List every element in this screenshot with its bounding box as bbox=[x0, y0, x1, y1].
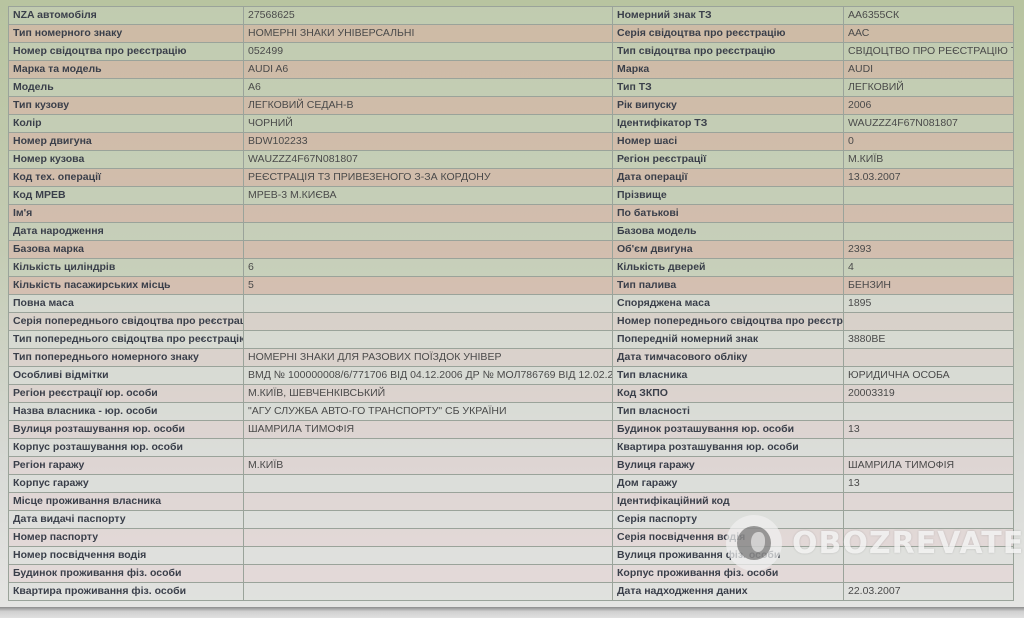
field-label: Номер двигуна bbox=[9, 133, 244, 151]
field-label: Дата операції bbox=[613, 169, 844, 187]
field-label: Номер шасі bbox=[613, 133, 844, 151]
field-label: Будинок проживання фіз. особи bbox=[9, 565, 244, 583]
field-value: НОМЕРНІ ЗНАКИ УНІВЕРСАЛЬНІ bbox=[244, 25, 613, 43]
field-value: ШАМРИЛА ТИМОФІЯ bbox=[244, 421, 613, 439]
table-row: NZA автомобіля27568625Номерний знак ТЗАА… bbox=[9, 7, 1014, 25]
field-label: Рік випуску bbox=[613, 97, 844, 115]
field-value bbox=[244, 565, 613, 583]
field-value: A6 bbox=[244, 79, 613, 97]
field-value: 6 bbox=[244, 259, 613, 277]
field-label: Тип номерного знаку bbox=[9, 25, 244, 43]
table-row: Тип попереднього свідоцтва про реєстраці… bbox=[9, 331, 1014, 349]
field-value: 20003319 bbox=[844, 385, 1014, 403]
field-value bbox=[244, 241, 613, 259]
field-value bbox=[244, 547, 613, 565]
table-row: КолірЧОРНИЙІдентифікатор ТЗWAUZZZ4F67N08… bbox=[9, 115, 1014, 133]
field-label: Номер попереднього свідоцтва про реєстра… bbox=[613, 313, 844, 331]
field-label: Базова марка bbox=[9, 241, 244, 259]
field-value bbox=[244, 313, 613, 331]
field-label: Колір bbox=[9, 115, 244, 133]
field-label: Код ЗКПО bbox=[613, 385, 844, 403]
globe-icon bbox=[737, 526, 771, 560]
field-value bbox=[244, 439, 613, 457]
field-value bbox=[844, 187, 1014, 205]
field-value bbox=[244, 295, 613, 313]
field-label: Дата тимчасового обліку bbox=[613, 349, 844, 367]
field-value: 13 bbox=[844, 421, 1014, 439]
field-label: Номерний знак ТЗ bbox=[613, 7, 844, 25]
field-label: Вулиця розташування юр. особи bbox=[9, 421, 244, 439]
field-label: Споряджена маса bbox=[613, 295, 844, 313]
field-value: 052499 bbox=[244, 43, 613, 61]
field-label: Ім'я bbox=[9, 205, 244, 223]
field-label: Код МРЕВ bbox=[9, 187, 244, 205]
field-label: Особливі відмітки bbox=[9, 367, 244, 385]
field-label: Кількість пасажирських місць bbox=[9, 277, 244, 295]
field-value: МРЕВ-3 М.КИЄВА bbox=[244, 187, 613, 205]
field-value: 0 bbox=[844, 133, 1014, 151]
field-value: ЧОРНИЙ bbox=[244, 115, 613, 133]
field-value bbox=[844, 493, 1014, 511]
field-label: Базова модель bbox=[613, 223, 844, 241]
field-label: Серія попереднього свідоцтва про реєстра… bbox=[9, 313, 244, 331]
field-label: Тип попереднього свідоцтва про реєстраці… bbox=[9, 331, 244, 349]
field-value: РЕЄСТРАЦІЯ ТЗ ПРИВЕЗЕНОГО З-ЗА КОРДОНУ bbox=[244, 169, 613, 187]
field-label: Номер свідоцтва про реєстрацію bbox=[9, 43, 244, 61]
field-value: 2393 bbox=[844, 241, 1014, 259]
field-label: Тип свідоцтва про реєстрацію bbox=[613, 43, 844, 61]
field-label: Номер посвідчення водія bbox=[9, 547, 244, 565]
field-value bbox=[844, 223, 1014, 241]
field-label: Тип попереднього номерного знаку bbox=[9, 349, 244, 367]
field-label: Корпус гаражу bbox=[9, 475, 244, 493]
field-label: NZA автомобіля bbox=[9, 7, 244, 25]
watermark-text: OBOZREVATEL bbox=[792, 526, 1024, 561]
field-label: Регіон гаражу bbox=[9, 457, 244, 475]
field-value: 1895 bbox=[844, 295, 1014, 313]
field-label: Ідентифікатор ТЗ bbox=[613, 115, 844, 133]
field-label: Тип палива bbox=[613, 277, 844, 295]
field-value: ЛЕГКОВИЙ СЕДАН-В bbox=[244, 97, 613, 115]
table-row: Назва власника - юр. особи"АГУ СЛУЖБА АВ… bbox=[9, 403, 1014, 421]
table-row: Місце проживання власникаІдентифікаційни… bbox=[9, 493, 1014, 511]
table-row: Кількість циліндрів6Кількість дверей4 bbox=[9, 259, 1014, 277]
field-value: 2006 bbox=[844, 97, 1014, 115]
field-value: 3880ВЕ bbox=[844, 331, 1014, 349]
field-label: По батькові bbox=[613, 205, 844, 223]
field-value bbox=[844, 313, 1014, 331]
field-value: WAUZZZ4F67N081807 bbox=[244, 151, 613, 169]
table-row: Тип кузовуЛЕГКОВИЙ СЕДАН-ВРік випуску200… bbox=[9, 97, 1014, 115]
field-value: СВІДОЦТВО ПРО РЕЄСТРАЦІЮ ТЗ bbox=[844, 43, 1014, 61]
field-label: Марка bbox=[613, 61, 844, 79]
table-row: Регіон реєстрації юр. особиМ.КИЇВ, ШЕВЧЕ… bbox=[9, 385, 1014, 403]
table-row: Корпус розташування юр. особиКвартира ро… bbox=[9, 439, 1014, 457]
field-label: Регіон реєстрації bbox=[613, 151, 844, 169]
field-value: М.КИЇВ bbox=[244, 457, 613, 475]
field-label: Модель bbox=[9, 79, 244, 97]
field-label: Тип кузову bbox=[9, 97, 244, 115]
field-value bbox=[844, 349, 1014, 367]
field-value bbox=[244, 493, 613, 511]
table-row: Серія попереднього свідоцтва про реєстра… bbox=[9, 313, 1014, 331]
field-value: М.КИЇВ bbox=[844, 151, 1014, 169]
table-row: Базова маркаОб'єм двигуна2393 bbox=[9, 241, 1014, 259]
field-label: Повна маса bbox=[9, 295, 244, 313]
field-value bbox=[244, 511, 613, 529]
field-label: Дата видачі паспорту bbox=[9, 511, 244, 529]
table-row: Дата народженняБазова модель bbox=[9, 223, 1014, 241]
field-value bbox=[244, 205, 613, 223]
field-value bbox=[244, 583, 613, 601]
field-value: ЛЕГКОВИЙ bbox=[844, 79, 1014, 97]
table-row: МодельA6Тип ТЗЛЕГКОВИЙ bbox=[9, 79, 1014, 97]
table-row: Тип попереднього номерного знакуНОМЕРНІ … bbox=[9, 349, 1014, 367]
field-label: Прізвище bbox=[613, 187, 844, 205]
table-row: Повна масаСпоряджена маса1895 bbox=[9, 295, 1014, 313]
field-label: Кількість циліндрів bbox=[9, 259, 244, 277]
table-row: Тип номерного знакуНОМЕРНІ ЗНАКИ УНІВЕРС… bbox=[9, 25, 1014, 43]
field-value: "АГУ СЛУЖБА АВТО-ГО ТРАНСПОРТУ" СБ УКРАЇ… bbox=[244, 403, 613, 421]
field-value: 13.03.2007 bbox=[844, 169, 1014, 187]
field-value: 5 bbox=[244, 277, 613, 295]
field-label: Код тех. операції bbox=[9, 169, 244, 187]
field-value bbox=[244, 475, 613, 493]
field-label: Номер паспорту bbox=[9, 529, 244, 547]
table-row: Квартира проживання фіз. особиДата надхо… bbox=[9, 583, 1014, 601]
field-label: Серія свідоцтва про реєстрацію bbox=[613, 25, 844, 43]
field-label: Тип ТЗ bbox=[613, 79, 844, 97]
field-value: М.КИЇВ, ШЕВЧЕНКІВСЬКИЙ bbox=[244, 385, 613, 403]
field-value bbox=[844, 439, 1014, 457]
table-row: Вулиця розташування юр. особиШАМРИЛА ТИМ… bbox=[9, 421, 1014, 439]
field-label: Тип власника bbox=[613, 367, 844, 385]
field-label: Місце проживання власника bbox=[9, 493, 244, 511]
field-label: Регіон реєстрації юр. особи bbox=[9, 385, 244, 403]
field-value bbox=[844, 403, 1014, 421]
field-label: Квартира розташування юр. особи bbox=[613, 439, 844, 457]
field-label: Об'єм двигуна bbox=[613, 241, 844, 259]
field-label: Попередній номерний знак bbox=[613, 331, 844, 349]
table-row: Марка та модельAUDI A6МаркаAUDI bbox=[9, 61, 1014, 79]
field-label: Кількість дверей bbox=[613, 259, 844, 277]
field-value bbox=[244, 331, 613, 349]
field-value: AUDI bbox=[844, 61, 1014, 79]
field-value: ВМД № 100000008/6/771706 ВІД 04.12.2006 … bbox=[244, 367, 613, 385]
table-row: Код МРЕВМРЕВ-3 М.КИЄВАПрізвище bbox=[9, 187, 1014, 205]
table-row: Номер свідоцтва про реєстрацію052499Тип … bbox=[9, 43, 1014, 61]
field-label: Номер кузова bbox=[9, 151, 244, 169]
field-label: Назва власника - юр. особи bbox=[9, 403, 244, 421]
table-row: Код тех. операціїРЕЄСТРАЦІЯ ТЗ ПРИВЕЗЕНО… bbox=[9, 169, 1014, 187]
screen-bezel-edge bbox=[0, 607, 1024, 618]
field-label: Вулиця гаражу bbox=[613, 457, 844, 475]
field-label: Корпус розташування юр. особи bbox=[9, 439, 244, 457]
table-row: Номер кузоваWAUZZZ4F67N081807Регіон реєс… bbox=[9, 151, 1014, 169]
field-label: Дом гаражу bbox=[613, 475, 844, 493]
table-row: Особливі відміткиВМД № 100000008/6/77170… bbox=[9, 367, 1014, 385]
watermark-logo bbox=[726, 515, 782, 571]
field-value: НОМЕРНІ ЗНАКИ ДЛЯ РАЗОВИХ ПОЇЗДОК УНІВЕР bbox=[244, 349, 613, 367]
field-value: ШАМРИЛА ТИМОФІЯ bbox=[844, 457, 1014, 475]
field-value: 13 bbox=[844, 475, 1014, 493]
field-value: 22.03.2007 bbox=[844, 583, 1014, 601]
field-value: AUDI A6 bbox=[244, 61, 613, 79]
field-label: Дата надходження даних bbox=[613, 583, 844, 601]
field-value bbox=[244, 223, 613, 241]
field-value bbox=[244, 529, 613, 547]
table-row: Номер двигунаBDW102233Номер шасі0 bbox=[9, 133, 1014, 151]
table-row: Ім'яПо батькові bbox=[9, 205, 1014, 223]
field-value: БЕНЗИН bbox=[844, 277, 1014, 295]
field-label: Будинок розташування юр. особи bbox=[613, 421, 844, 439]
field-label: Ідентифікаційний код bbox=[613, 493, 844, 511]
field-value: ЮРИДИЧНА ОСОБА bbox=[844, 367, 1014, 385]
field-label: Квартира проживання фіз. особи bbox=[9, 583, 244, 601]
field-value: АА6355СК bbox=[844, 7, 1014, 25]
field-label: Тип власності bbox=[613, 403, 844, 421]
field-label: Марка та модель bbox=[9, 61, 244, 79]
field-value: WAUZZZ4F67N081807 bbox=[844, 115, 1014, 133]
field-value bbox=[844, 205, 1014, 223]
field-value: BDW102233 bbox=[244, 133, 613, 151]
field-value: 27568625 bbox=[244, 7, 613, 25]
watermark: OBOZREVATEL bbox=[726, 512, 1024, 574]
table-row: Корпус гаражуДом гаражу13 bbox=[9, 475, 1014, 493]
field-label: Дата народження bbox=[9, 223, 244, 241]
table-row: Регіон гаражуМ.КИЇВВулиця гаражуШАМРИЛА … bbox=[9, 457, 1014, 475]
field-value: ААС bbox=[844, 25, 1014, 43]
table-row: Кількість пасажирських місць5Тип паливаБ… bbox=[9, 277, 1014, 295]
field-value: 4 bbox=[844, 259, 1014, 277]
